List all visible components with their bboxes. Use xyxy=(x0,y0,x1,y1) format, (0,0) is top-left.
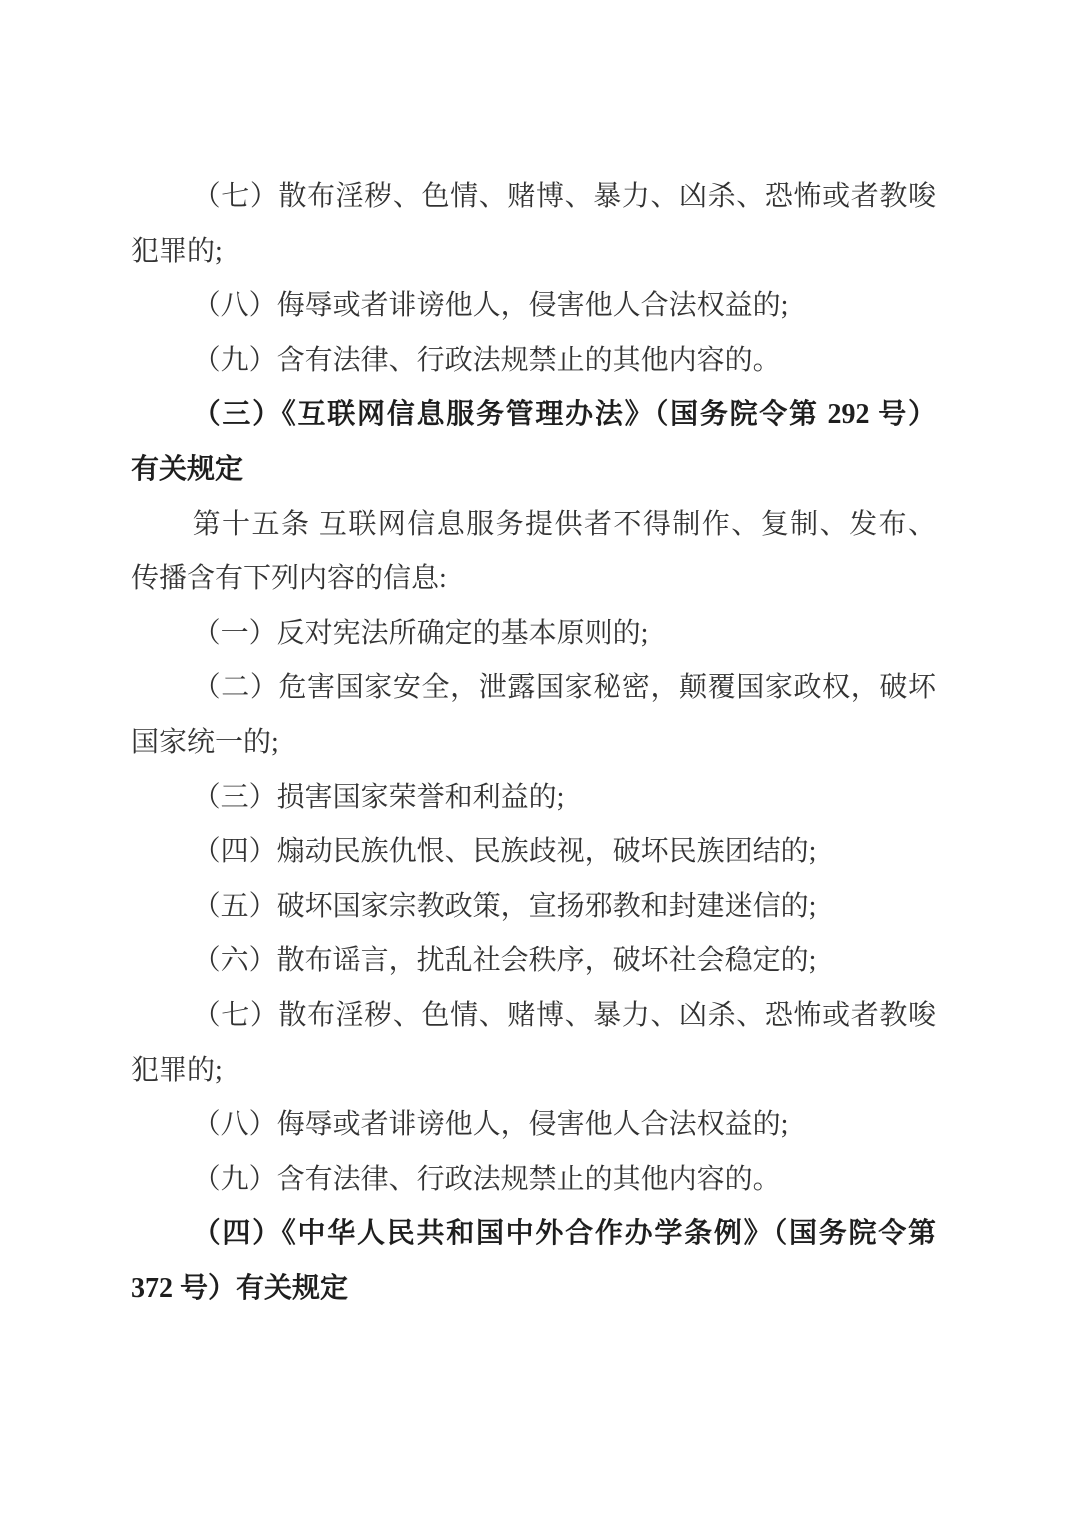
text-line: 国家统一的; xyxy=(131,716,936,771)
section-heading-3: （三）《互联网信息服务管理办法》（国务院令第 292 号） 有关规定 xyxy=(131,388,936,497)
paragraph-item-8: （八）侮辱或者诽谤他人，侵害他人合法权益的; xyxy=(131,279,936,334)
text-line: （七）散布淫秽、色情、赌博、暴力、凶杀、恐怖或者教唆 xyxy=(131,170,936,225)
paragraph-item-7: （七）散布淫秽、色情、赌博、暴力、凶杀、恐怖或者教唆 犯罪的; xyxy=(131,170,936,279)
paragraph-item-9: （九）含有法律、行政法规禁止的其他内容的。 xyxy=(131,334,936,389)
text-line: 犯罪的; xyxy=(131,225,936,280)
paragraph-item-9b: （九）含有法律、行政法规禁止的其他内容的。 xyxy=(131,1153,936,1208)
paragraph-item-2: （二）危害国家安全，泄露国家秘密，颠覆国家政权，破坏 国家统一的; xyxy=(131,661,936,770)
text-line: 传播含有下列内容的信息: xyxy=(131,552,936,607)
paragraph-item-4: （四）煽动民族仇恨、民族歧视，破坏民族团结的; xyxy=(131,825,936,880)
text-line: （五）破坏国家宗教政策，宣扬邪教和封建迷信的; xyxy=(131,880,936,935)
paragraph-item-5: （五）破坏国家宗教政策，宣扬邪教和封建迷信的; xyxy=(131,880,936,935)
text-line: （八）侮辱或者诽谤他人，侵害他人合法权益的; xyxy=(131,1098,936,1153)
text-line: （九）含有法律、行政法规禁止的其他内容的。 xyxy=(131,334,936,389)
text-line: （四）煽动民族仇恨、民族歧视，破坏民族团结的; xyxy=(131,825,936,880)
paragraph-article-15: 第十五条 互联网信息服务提供者不得制作、复制、发布、 传播含有下列内容的信息: xyxy=(131,498,936,607)
text-line: （一）反对宪法所确定的基本原则的; xyxy=(131,607,936,662)
document-page: （七）散布淫秽、色情、赌博、暴力、凶杀、恐怖或者教唆 犯罪的; （八）侮辱或者诽… xyxy=(0,0,1074,1520)
text-line: （九）含有法律、行政法规禁止的其他内容的。 xyxy=(131,1153,936,1208)
text-line: （六）散布谣言，扰乱社会秩序，破坏社会稳定的; xyxy=(131,934,936,989)
text-line: （七）散布淫秽、色情、赌博、暴力、凶杀、恐怖或者教唆 xyxy=(131,989,936,1044)
paragraph-item-6: （六）散布谣言，扰乱社会秩序，破坏社会稳定的; xyxy=(131,934,936,989)
paragraph-item-3: （三）损害国家荣誉和利益的; xyxy=(131,771,936,826)
text-line: （八）侮辱或者诽谤他人，侵害他人合法权益的; xyxy=(131,279,936,334)
text-line: 犯罪的; xyxy=(131,1044,936,1099)
text-line: （二）危害国家安全，泄露国家秘密，颠覆国家政权，破坏 xyxy=(131,661,936,716)
heading-line: （三）《互联网信息服务管理办法》（国务院令第 292 号） xyxy=(131,388,936,443)
section-heading-4: （四）《中华人民共和国中外合作办学条例》（国务院令第 372 号）有关规定 xyxy=(131,1207,936,1316)
paragraph-item-8b: （八）侮辱或者诽谤他人，侵害他人合法权益的; xyxy=(131,1098,936,1153)
heading-line: 372 号）有关规定 xyxy=(131,1262,936,1317)
paragraph-item-1: （一）反对宪法所确定的基本原则的; xyxy=(131,607,936,662)
heading-line: （四）《中华人民共和国中外合作办学条例》（国务院令第 xyxy=(131,1207,936,1262)
heading-line: 有关规定 xyxy=(131,443,936,498)
text-line: 第十五条 互联网信息服务提供者不得制作、复制、发布、 xyxy=(131,498,936,553)
text-line: （三）损害国家荣誉和利益的; xyxy=(131,771,936,826)
paragraph-item-7b: （七）散布淫秽、色情、赌博、暴力、凶杀、恐怖或者教唆 犯罪的; xyxy=(131,989,936,1098)
